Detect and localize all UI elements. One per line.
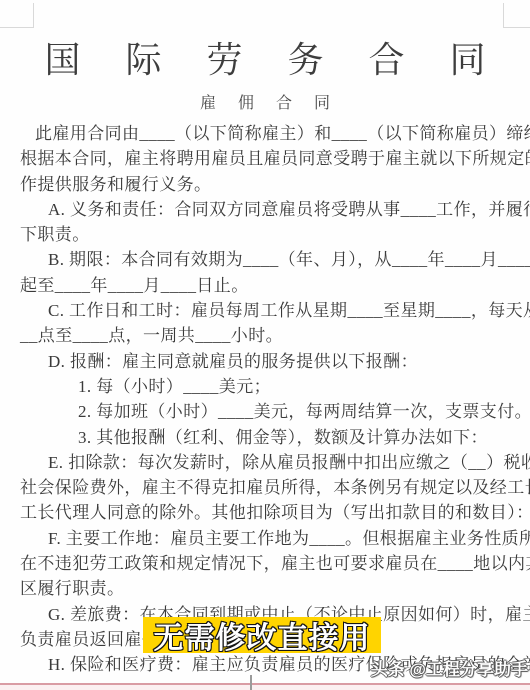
document-line: 下职责。 — [20, 222, 512, 247]
document-line: 社会保险费外，雇主不得克扣雇员所得，本条例另有规定以及经工长或 — [20, 475, 512, 500]
document-line: F. 主要工作地：雇员主要工作地为____。但根据雇主业务性质所需， — [20, 526, 512, 551]
bottom-center-margin-mark — [250, 675, 252, 690]
document-title: 国 际 劳 务 合 同 — [0, 32, 530, 83]
promo-badge-label: 无需修改直接用 — [154, 613, 371, 657]
document-line: 根据本合同，雇主将聘用雇员且雇员同意受聘于雇主就以下所规定的工 — [20, 146, 512, 171]
bottom-pink-strip — [0, 685, 530, 690]
promo-badge: 无需修改直接用 — [143, 617, 381, 653]
document-line: D. 报酬：雇主同意就雇员的服务提供以下报酬： — [20, 349, 512, 374]
document-line: 起至____年____月____日止。 — [20, 273, 512, 298]
document-line: E. 扣除款：每次发薪时，除从雇员报酬中扣出应缴之（__）税收和 — [20, 450, 512, 475]
document-line: 此雇用合同由____（以下简称雇主）和____（以下简称雇员）缔结。 — [20, 121, 512, 146]
document-page: 国 际 劳 务 合 同 雇 佣 合 同 此雇用合同由____（以下简称雇主）和_… — [0, 0, 530, 690]
document-line: 区履行职责。 — [20, 576, 512, 601]
document-line: A. 义务和责任：合同双方同意雇员将受聘从事____工作，并履行以 — [20, 197, 512, 222]
document-line: C. 工作日和工时：雇员每周工作从星期____至星期____，每天从__ — [20, 298, 512, 323]
document-line: B. 期限：本合同有效期为____（年、月），从____年____月____日 — [20, 247, 512, 272]
document-line: __点至____点，一周共____小时。 — [20, 323, 512, 348]
margin-mark-top-left-icon — [0, 3, 34, 28]
margin-mark-top-right-icon — [503, 3, 530, 28]
contract-body-text: 此雇用合同由____（以下简称雇主）和____（以下简称雇员）缔结。根据本合同，… — [20, 121, 512, 678]
document-line: 1. 每（小时）____美元； — [20, 374, 512, 399]
document-subtitle: 雇 佣 合 同 — [0, 90, 530, 113]
document-line: 在不违犯劳工政策和规定情况下，雇主也可要求雇员在____地以内其他选 — [20, 551, 512, 576]
document-line: 工长代理人同意的除外。其他扣除项目为（写出扣款目的和数目）： — [20, 500, 512, 525]
toutiao-watermark: 头条 @工程分享助手 — [371, 655, 528, 680]
document-line: 3. 其他报酬（红利、佣金等），数额及计算办法如下： — [20, 425, 512, 450]
document-line: 2. 每加班（小时）____美元，每两周结算一次，支票支付。 — [20, 399, 512, 424]
document-line: 作提供服务和履行义务。 — [20, 172, 512, 197]
